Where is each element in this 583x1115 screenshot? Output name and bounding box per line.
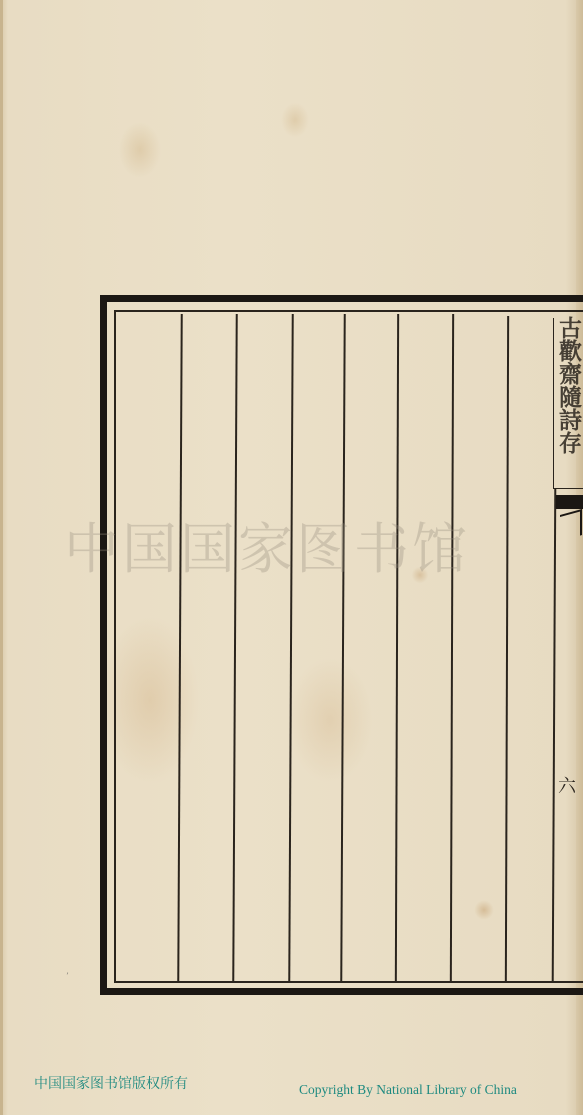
small-ink-mark: ʼ	[66, 972, 69, 982]
copyright-chinese: 中国国家图书馆版权所有	[34, 1073, 188, 1093]
fishtail-mark-icon	[556, 495, 583, 509]
page-left-edge	[0, 0, 3, 1115]
page-number: 六	[558, 772, 576, 798]
book-page: 古歡齋隨詩存 六 中国国家图书馆 ʼ 中国国家图书馆版权所有 Copyright…	[0, 0, 583, 1115]
banxin-title: 古歡齋隨詩存	[556, 316, 582, 454]
inner-border-frame	[114, 310, 583, 983]
copyright-english: Copyright By National Library of China	[299, 1082, 517, 1098]
